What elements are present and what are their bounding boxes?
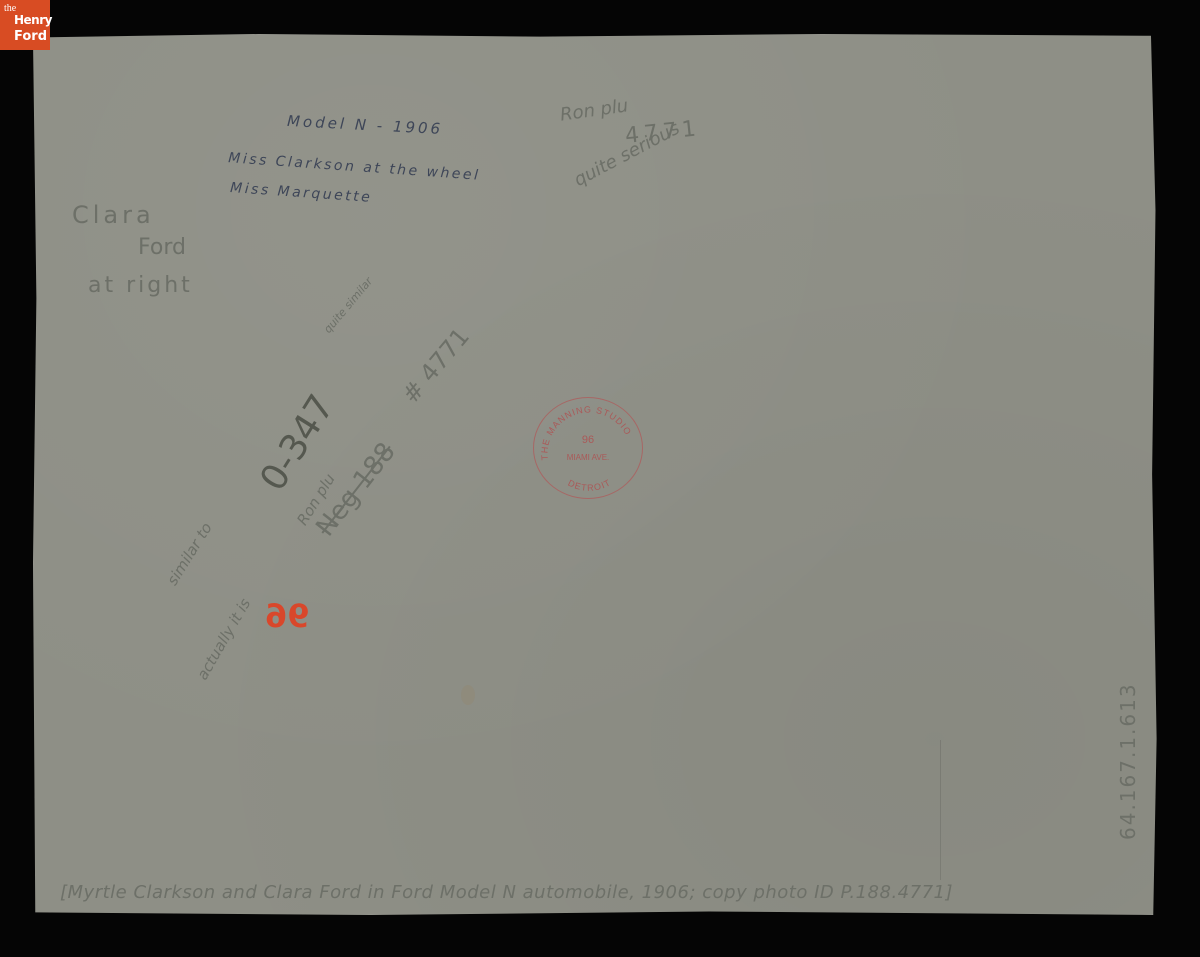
paper-stain [461,685,475,705]
logo-henry: Henry [14,14,52,26]
caption: [Myrtle Clarkson and Clara Ford in Ford … [60,884,953,902]
logo-ford: Ford [14,30,47,43]
red-number: 96 [265,600,310,632]
accession-number: 64.167.1.613 [1118,682,1138,840]
stamp-arc-text: THE MANNING STUDIO DETROIT [534,398,642,498]
clara-line-1: Clara [72,203,155,227]
stamp-street: MIAMI AVE. [534,453,642,462]
paper-crease [940,740,941,880]
clara-line-3: at right [88,275,193,297]
stamp-number: 96 [534,434,642,446]
clara-line-2: Ford [138,237,186,259]
studio-stamp: THE MANNING STUDIO DETROIT 96 MIAMI AVE. [533,397,643,499]
svg-text:DETROIT: DETROIT [566,477,612,493]
henry-ford-logo: the Henry Ford [0,0,50,50]
